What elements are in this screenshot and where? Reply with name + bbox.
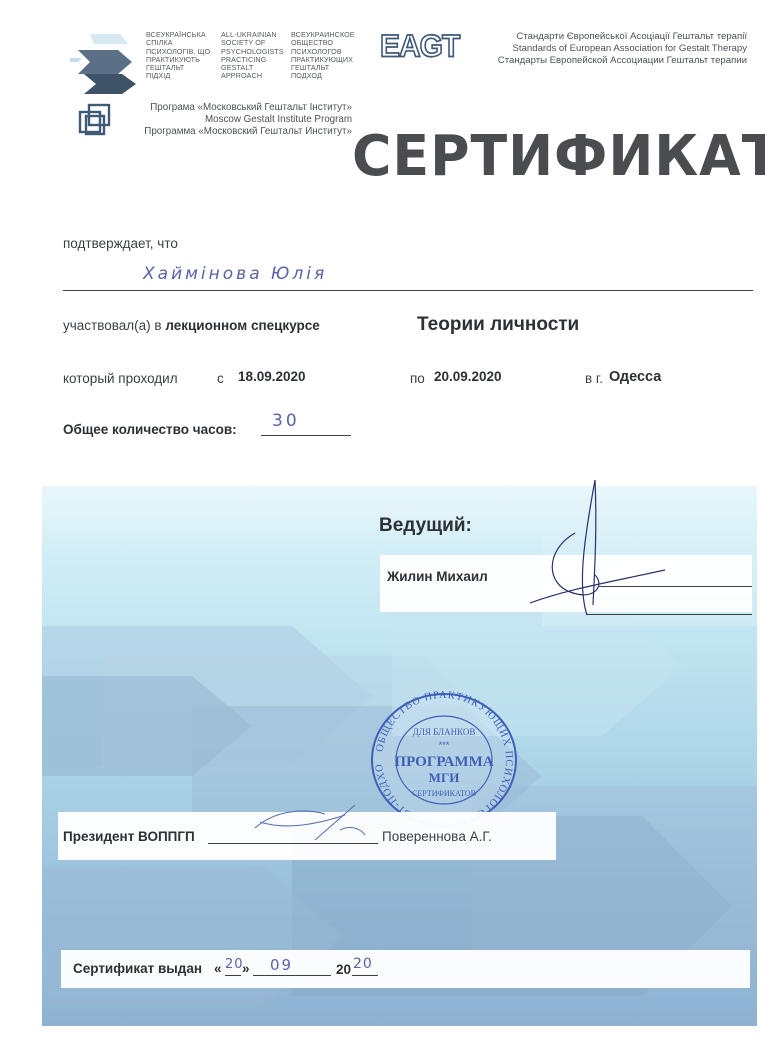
confirms-label: подтверждает, что (63, 236, 178, 251)
leader-heading: Ведущий: (379, 515, 472, 537)
svg-text:ПРОГРАММА: ПРОГРАММА (394, 754, 493, 770)
org-name-en: ALL-UKRAINIANSOCIETY OFPSYCHOLOGISTS PRA… (221, 31, 284, 81)
org-name-ua: ВСЕУКРАЇНСЬКАСПІЛКАПСИХОЛОГІВ, ЩО ПРАКТИ… (146, 31, 210, 81)
stamp: ОБЩЕСТВО ПРАКТИКУЮЩИХ ПСИХОЛОГОВ «ГЕШТАЛ… (368, 690, 520, 830)
issued-day-open-quote: « (214, 961, 222, 976)
issued-day: 20 (225, 957, 244, 972)
participated-line: участвовал(а) в лекционном спецкурсе (63, 318, 320, 333)
president-signature (245, 800, 375, 846)
svg-text:ДЛЯ БЛАНКОВ: ДЛЯ БЛАНКОВ (413, 727, 476, 737)
org-name-ru: ВСЕУКРАИНСКОЕОБЩЕСТВОПСИХОЛОГОВ ПРАКТИКУ… (291, 31, 355, 81)
issued-label: Сертификат выдан (73, 961, 202, 976)
date-to: 20.09.2020 (434, 369, 502, 384)
certificate-title: СЕРТИФИКАТ (352, 122, 765, 192)
eagt-logo: EAGT (380, 30, 459, 64)
held-label: который проходил (63, 371, 178, 386)
president-label: Президент ВОППГП (63, 829, 195, 844)
hours-label: Общее количество часов: (63, 422, 237, 437)
hours-value: 30 (272, 411, 300, 431)
city-label: в г. (585, 371, 603, 386)
issued-year-prefix: 20 (336, 962, 351, 977)
issued-day-close-quote: » (242, 961, 250, 976)
date-from: 18.09.2020 (238, 369, 306, 384)
leader-name: Жилин Михаил (387, 569, 488, 584)
to-label: по (410, 371, 425, 386)
participant-name: Хаймінова Юлія (143, 264, 327, 284)
eagt-caption: Стандарти Європейської Асоціації Гешталь… (498, 31, 747, 68)
issued-month: 09 (270, 956, 293, 974)
president-name: Поверенновa А.Г. (382, 829, 492, 844)
city: Одесса (609, 369, 661, 385)
issued-year-suffix: 20 (353, 956, 373, 972)
course-type: лекционном спецкурсе (165, 318, 319, 333)
svg-text:СЕРТИФИКАТОВ: СЕРТИФИКАТОВ (412, 789, 476, 798)
name-underline (63, 290, 753, 291)
svg-text:***: *** (439, 740, 450, 750)
mgi-logo-icon (78, 102, 114, 138)
issued-month-underline (253, 975, 331, 976)
hours-underline (261, 435, 351, 436)
leader-signature (525, 475, 675, 625)
participated-label: участвовал(а) в (63, 318, 165, 333)
from-label: с (217, 371, 224, 386)
issued-day-underline (225, 975, 241, 976)
svg-text:МГИ: МГИ (429, 770, 460, 785)
issued-year-underline (352, 975, 378, 976)
course-name: Теории личности (417, 314, 579, 336)
mgi-caption: Програма «Московський Гештальт Інститут»… (120, 102, 352, 138)
society-logo-icon (70, 28, 140, 96)
